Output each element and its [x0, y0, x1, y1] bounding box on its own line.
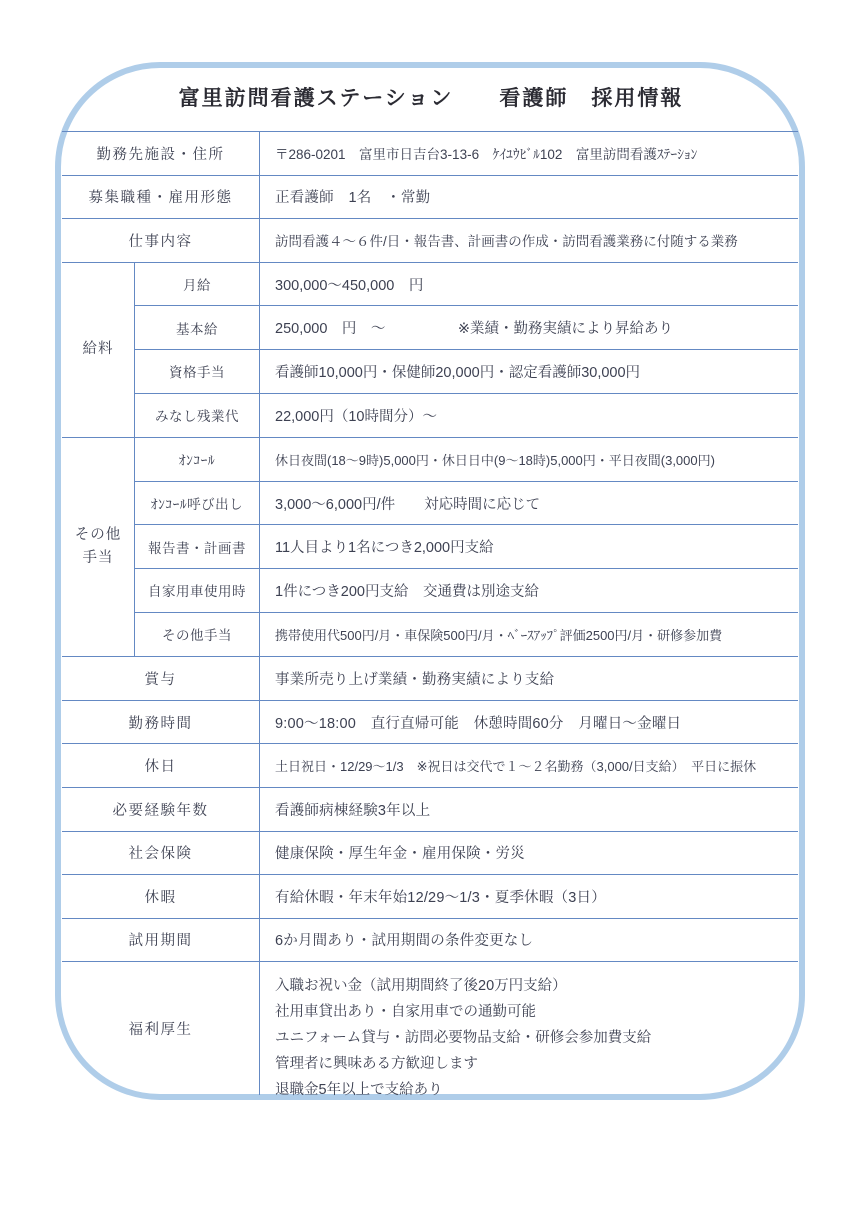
table-row: 基本給 250,000 円 ～ ※業績・勤務実績により昇給あり: [135, 306, 798, 350]
row-label: ｵﾝｺｰﾙ: [135, 438, 260, 481]
table-row: 勤務時間 9:00～18:00 直行直帰可能 休憩時間60分 月曜日～金曜日: [62, 701, 798, 745]
row-value: 休日夜間(18～9時)5,000円・休日日中(9～18時)5,000円・平日夜間…: [260, 438, 798, 481]
table-row: 休暇 有給休暇・年末年始12/29～1/3・夏季休暇（3日）: [62, 875, 798, 919]
table-row: 休日 土日祝日・12/29～1/3 ※祝日は交代で１～２名勤務（3,000/日支…: [62, 744, 798, 788]
row-value: 入職お祝い金（試用期間終了後20万円支給） 社用車貸出あり・自家用車での通勤可能…: [260, 962, 798, 1095]
row-value: 土日祝日・12/29～1/3 ※祝日は交代で１～２名勤務（3,000/日支給） …: [260, 744, 798, 787]
row-label: 募集職種・雇用形態: [62, 176, 260, 219]
table-row: 募集職種・雇用形態 正看護師 1名 ・常勤: [62, 176, 798, 220]
group-rows: ｵﾝｺｰﾙ 休日夜間(18～9時)5,000円・休日日中(9～18時)5,000…: [135, 438, 798, 656]
table-row: 社会保険 健康保険・厚生年金・雇用保険・労災: [62, 832, 798, 876]
row-value: 1件につき200円支給 交通費は別途支給: [260, 569, 798, 612]
row-value: 訪問看護４～６件/日・報告書、計画書の作成・訪問看護業務に付随する業務: [260, 219, 798, 262]
row-value: 看護師病棟経験3年以上: [260, 788, 798, 831]
row-label: 休暇: [62, 875, 260, 918]
table-row: ｵﾝｺｰﾙ呼び出し 3,000～6,000円/件 対応時間に応じて: [135, 482, 798, 526]
row-value: 正看護師 1名 ・常勤: [260, 176, 798, 219]
row-label: 必要経験年数: [62, 788, 260, 831]
row-label: 報告書・計画書: [135, 525, 260, 568]
row-label: その他手当: [135, 613, 260, 657]
table-row: みなし残業代 22,000円（10時間分）～: [135, 394, 798, 438]
row-label: 勤務先施設・住所: [62, 132, 260, 175]
row-label: ｵﾝｺｰﾙ呼び出し: [135, 482, 260, 525]
row-value: 事業所売り上げ業績・勤務実績により支給: [260, 657, 798, 700]
row-value: 6か月間あり・試用期間の条件変更なし: [260, 919, 798, 962]
row-label: 試用期間: [62, 919, 260, 962]
row-label: 月給: [135, 263, 260, 306]
allowance-group: その他 手当 ｵﾝｺｰﾙ 休日夜間(18～9時)5,000円・休日日中(9～18…: [62, 438, 798, 657]
table-row: 資格手当 看護師10,000円・保健師20,000円・認定看護師30,000円: [135, 350, 798, 394]
table-row: 賞与 事業所売り上げ業績・勤務実績により支給: [62, 657, 798, 701]
row-label: 基本給: [135, 306, 260, 349]
table-row: 必要経験年数 看護師病棟経験3年以上: [62, 788, 798, 832]
table-row: 自家用車使用時 1件につき200円支給 交通費は別途支給: [135, 569, 798, 613]
page-title: 富里訪問看護ステーション 看護師 採用情報: [57, 82, 805, 112]
row-value: 健康保険・厚生年金・雇用保険・労災: [260, 832, 798, 875]
group-label: その他 手当: [62, 438, 135, 656]
row-label: 資格手当: [135, 350, 260, 393]
table-row: 試用期間 6か月間あり・試用期間の条件変更なし: [62, 919, 798, 963]
table-row: 報告書・計画書 11人目より1名につき2,000円支給: [135, 525, 798, 569]
table-row: 仕事内容 訪問看護４～６件/日・報告書、計画書の作成・訪問看護業務に付随する業務: [62, 219, 798, 263]
row-label: 賞与: [62, 657, 260, 700]
group-label: 給料: [62, 263, 135, 437]
row-label: 仕事内容: [62, 219, 260, 262]
row-value: 300,000～450,000 円: [260, 263, 798, 306]
table-row: ｵﾝｺｰﾙ 休日夜間(18～9時)5,000円・休日日中(9～18時)5,000…: [135, 438, 798, 482]
row-label: 休日: [62, 744, 260, 787]
job-info-table: 勤務先施設・住所 〒286-0201 富里市日吉台3-13-6 ｹｲﾕｳﾋﾞﾙ1…: [62, 131, 798, 1095]
row-label: 自家用車使用時: [135, 569, 260, 612]
row-label: みなし残業代: [135, 394, 260, 438]
row-label: 社会保険: [62, 832, 260, 875]
row-value: 携帯使用代500円/月・車保険500円/月・ﾍﾞｰｽｱｯﾌﾟ評価2500円/月・…: [260, 613, 798, 657]
table-row: 勤務先施設・住所 〒286-0201 富里市日吉台3-13-6 ｹｲﾕｳﾋﾞﾙ1…: [62, 132, 798, 176]
salary-group: 給料 月給 300,000～450,000 円 基本給 250,000 円 ～ …: [62, 263, 798, 438]
table-row: その他手当 携帯使用代500円/月・車保険500円/月・ﾍﾞｰｽｱｯﾌﾟ評価25…: [135, 613, 798, 657]
row-label: 勤務時間: [62, 701, 260, 744]
group-rows: 月給 300,000～450,000 円 基本給 250,000 円 ～ ※業績…: [135, 263, 798, 437]
welfare-row: 福利厚生 入職お祝い金（試用期間終了後20万円支給） 社用車貸出あり・自家用車で…: [62, 962, 798, 1095]
row-value: 3,000～6,000円/件 対応時間に応じて: [260, 482, 798, 525]
row-value: 看護師10,000円・保健師20,000円・認定看護師30,000円: [260, 350, 798, 393]
table-row: 月給 300,000～450,000 円: [135, 263, 798, 307]
row-value: 有給休暇・年末年始12/29～1/3・夏季休暇（3日）: [260, 875, 798, 918]
row-label: 福利厚生: [62, 962, 260, 1095]
row-value: 9:00～18:00 直行直帰可能 休憩時間60分 月曜日～金曜日: [260, 701, 798, 744]
row-value: 22,000円（10時間分）～: [260, 394, 798, 438]
row-value: 11人目より1名につき2,000円支給: [260, 525, 798, 568]
row-value: 〒286-0201 富里市日吉台3-13-6 ｹｲﾕｳﾋﾞﾙ102 富里訪問看護…: [260, 132, 798, 175]
row-value: 250,000 円 ～ ※業績・勤務実績により昇給あり: [260, 306, 798, 349]
